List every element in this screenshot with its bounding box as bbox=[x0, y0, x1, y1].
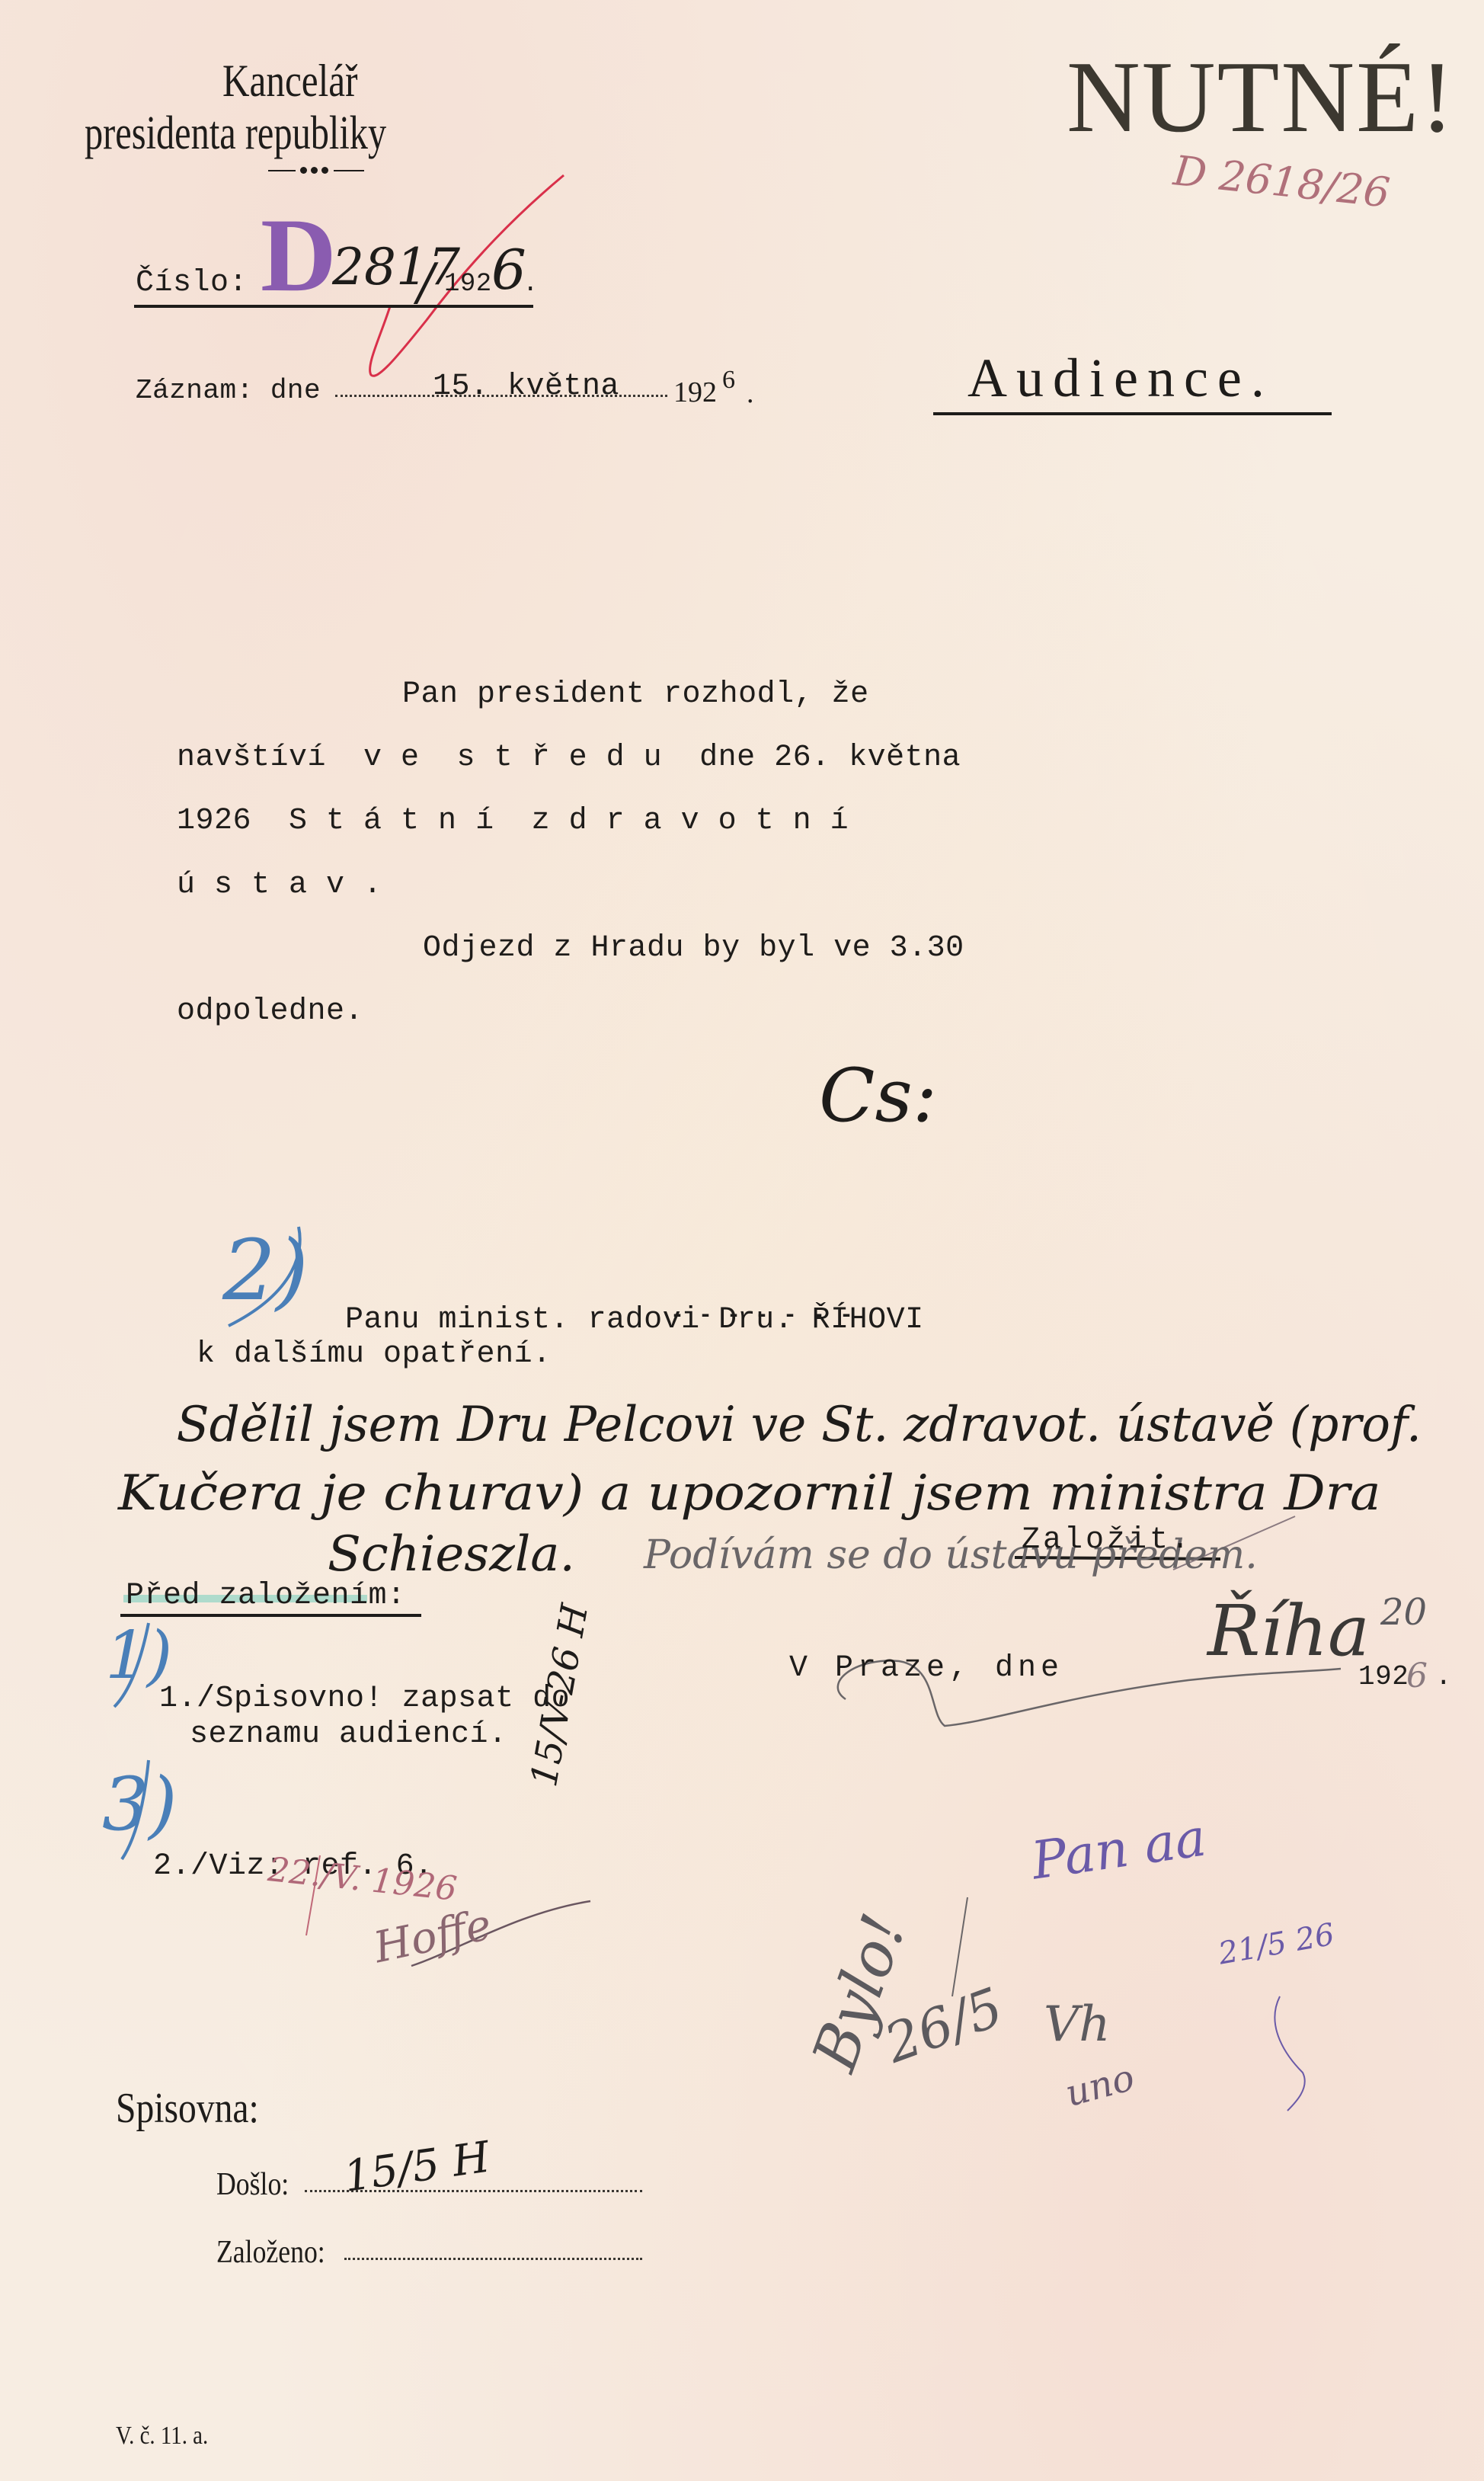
before-filing-item-1-line2: seznamu audiencí. bbox=[190, 1720, 507, 1750]
subject-underline bbox=[933, 412, 1332, 415]
instruction-number-handwritten: 2) bbox=[222, 1228, 309, 1312]
registry-heading: Spisovna: bbox=[116, 2084, 259, 2133]
before-filing-underline bbox=[120, 1614, 421, 1617]
subject-title: Audience. bbox=[967, 347, 1274, 410]
item-2-number: 2./ bbox=[153, 1849, 209, 1884]
body-line-4: ú s t a v . bbox=[177, 870, 382, 901]
body-line-5: Odjezd z Hradu by byl ve 3.30 bbox=[423, 933, 964, 964]
urgent-label: NUTNÉ! bbox=[1067, 38, 1456, 155]
pencil-extra: uno bbox=[1062, 2059, 1138, 2112]
red-signature-annotation: Hoffe bbox=[370, 1903, 495, 1970]
body-line-2: navštíví v e s t ř e d u dne 26. května bbox=[177, 743, 961, 773]
record-date: 15. května bbox=[433, 372, 619, 402]
reference-year-typed: 192 bbox=[444, 271, 492, 297]
registry-filed-label: Založeno: bbox=[216, 2234, 325, 2271]
pencil-initials: Vh bbox=[1044, 2000, 1110, 2049]
before-filing-item-1: 1./Spisovno! zapsat do bbox=[122, 1653, 570, 1714]
place-date-signature: Říha bbox=[1207, 1596, 1370, 1666]
reference-underline bbox=[134, 305, 533, 308]
registry-received-label: Došlo: bbox=[216, 2166, 289, 2203]
file-action-label: Založit. bbox=[1022, 1525, 1192, 1556]
pencil-stroke bbox=[952, 1897, 967, 1996]
handwritten-note-line-3: Schieszla. bbox=[328, 1530, 575, 1579]
place-date-day: 20 bbox=[1380, 1594, 1427, 1631]
letterhead-ornament bbox=[268, 165, 366, 177]
letterhead-line1: Kancelář bbox=[222, 55, 358, 107]
body-line-6: odpoledne. bbox=[177, 997, 363, 1027]
instruction-dashes: - - - - - - - bbox=[670, 1305, 854, 1327]
record-label: Záznam: dne bbox=[136, 377, 321, 405]
place-date-year: 192 bbox=[1358, 1663, 1409, 1691]
reference-stamp-letter: D bbox=[261, 203, 337, 308]
instruction-line2: k dalšímu opatření. bbox=[197, 1340, 552, 1370]
handwritten-note-line-2: Kučera je churav) a upozornil jsem minis… bbox=[118, 1469, 1381, 1518]
reference-slash: / bbox=[417, 258, 434, 308]
record-year: 192 bbox=[673, 376, 717, 409]
record-year-suffix: 6 bbox=[722, 366, 735, 395]
before-filing-heading: Před založením: bbox=[126, 1581, 406, 1612]
place-date-period: . bbox=[1435, 1663, 1452, 1691]
initials-signature: Cs: bbox=[819, 1059, 937, 1132]
handwritten-note-line-1: Sdělil jsem Dru Pelcovi ve St. zdravot. … bbox=[177, 1401, 1422, 1449]
record-period: . bbox=[747, 376, 754, 410]
form-code: V. č. 11. a. bbox=[116, 2422, 208, 2451]
purple-mark bbox=[1275, 1996, 1304, 2111]
place-date-label: V Praze, dne bbox=[789, 1653, 1063, 1684]
reference-annotation-handwritten: D 2618/26 bbox=[1172, 150, 1392, 213]
item-1-text: Spisovno! zapsat do bbox=[216, 1682, 571, 1716]
item-1-number: 1./ bbox=[159, 1682, 216, 1716]
reference-label: Číslo: bbox=[136, 268, 248, 299]
place-date-year-handwritten: 6 bbox=[1406, 1660, 1428, 1693]
body-line-1: Pan president rozhodl, že bbox=[402, 680, 869, 710]
reference-number-handwritten: 2817 bbox=[332, 242, 460, 293]
reference-period: . bbox=[523, 271, 539, 297]
reference-year-handwritten: 6 bbox=[491, 242, 526, 297]
letterhead-line2: presidenta republiky bbox=[85, 107, 386, 161]
purple-note: Pan aa bbox=[1028, 1812, 1209, 1887]
pencil-date: 26/5 bbox=[878, 1980, 1009, 2071]
body-line-3: 1926 S t á t n í z d r a v o t n í bbox=[177, 806, 849, 837]
purple-date: 21/5 26 bbox=[1217, 1919, 1337, 1970]
registry-filed-dotted-line bbox=[344, 2258, 642, 2260]
